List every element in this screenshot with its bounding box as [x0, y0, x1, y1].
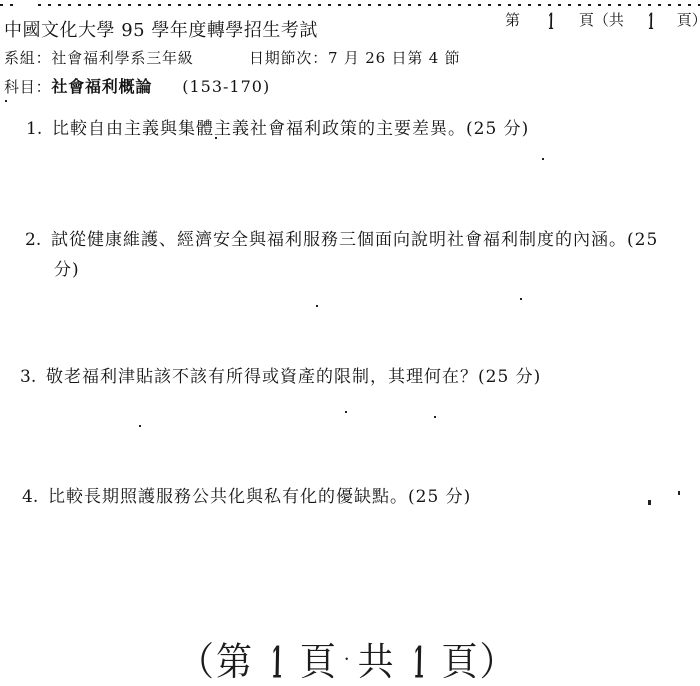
footer-of-word: 共 [358, 641, 396, 685]
question-1-text: 比較自由主義與集體主義社會福利政策的主要差異。(25 分) [52, 119, 529, 139]
scan-noise-dot [678, 491, 680, 495]
page-field-middle: 頁（共 [579, 11, 624, 29]
footer-total-page-word: 頁 [441, 641, 479, 685]
department-label: 系組： [4, 49, 51, 67]
page-number-field: 第 1 頁（共 1 頁） [505, 9, 700, 35]
question-2: 2.試從健康維護、經濟安全與福利服務三個面向說明社會福利制度的內涵。(25 分) [25, 225, 658, 285]
subject-code: (153-170) [182, 77, 270, 96]
question-4-text: 比較長期照護服務公共化與私有化的優缺點。(25 分) [48, 487, 471, 507]
handwritten-page-number: 1 [547, 9, 554, 35]
subject-value: 社會福利概論 [51, 77, 152, 96]
scan-noise-dot [215, 137, 217, 139]
top-dotted-rule [0, 4, 14, 6]
question-1: 1.比較自由主義與集體主義社會福利政策的主要差異。(25 分) [26, 114, 529, 144]
subject-line: 科目：社會福利概論(153-170) [4, 74, 270, 97]
scan-noise-dot [520, 298, 522, 300]
question-4-number: 4. [22, 482, 48, 512]
footer-open-paren: （ [178, 641, 216, 685]
scanned-exam-page: 第 1 頁（共 1 頁） 中國文化大學 95 學年度轉學招生考試 系組：社會福利… [0, 0, 700, 686]
scan-noise-dot [5, 100, 7, 102]
question-2-text-line1: 試從健康維護、經濟安全與福利服務三個面向說明社會福利制度的內涵。(25 [51, 230, 658, 250]
question-4: 4.比較長期照護服務公共化與私有化的優缺點。(25 分) [22, 482, 471, 512]
question-3-text: 敬老福利津貼該不該有所得或資產的限制，其理何在？(25 分) [46, 367, 541, 387]
question-3-number: 3. [20, 362, 46, 392]
scan-noise-dot [542, 158, 544, 160]
footer-page-number: 1 [271, 637, 285, 686]
page-field-suffix: 頁） [677, 11, 700, 29]
exam-title: 中國文化大學 95 學年度轉學招生考試 [4, 16, 318, 42]
scan-noise-dot [434, 416, 436, 418]
subject-label: 科目： [4, 78, 51, 96]
handwritten-footer-page-indicator: （第1頁·共1頁） [178, 632, 518, 686]
scan-noise-dot [345, 411, 347, 413]
footer-prefix: 第 [216, 641, 254, 685]
scan-noise-dot [648, 500, 651, 505]
scan-noise-dot [139, 425, 141, 427]
footer-total-pages: 1 [412, 637, 426, 686]
footer-page-word: 頁 [300, 641, 338, 685]
question-2-text-line2: 分) [54, 255, 658, 285]
department-value: 社會福利學系三年級 [51, 49, 193, 67]
top-dotted-rule [38, 4, 700, 6]
footer-separator-dot: · [344, 648, 352, 671]
session-value: 7 月 26 日第 4 節 [328, 49, 460, 67]
question-1-number: 1. [26, 114, 52, 144]
department-session-line: 系組：社會福利學系三年級 日期節次：7 月 26 日第 4 節 [4, 47, 194, 68]
page-field-prefix: 第 [505, 11, 520, 29]
footer-close-paren: ） [480, 641, 518, 685]
session-label: 日期節次： [249, 49, 328, 67]
scan-noise-dot [316, 305, 318, 307]
question-2-number: 2. [25, 225, 51, 255]
session-field: 日期節次：7 月 26 日第 4 節 [249, 47, 460, 68]
handwritten-total-pages: 1 [647, 9, 654, 35]
question-3: 3.敬老福利津貼該不該有所得或資產的限制，其理何在？(25 分) [20, 362, 541, 392]
